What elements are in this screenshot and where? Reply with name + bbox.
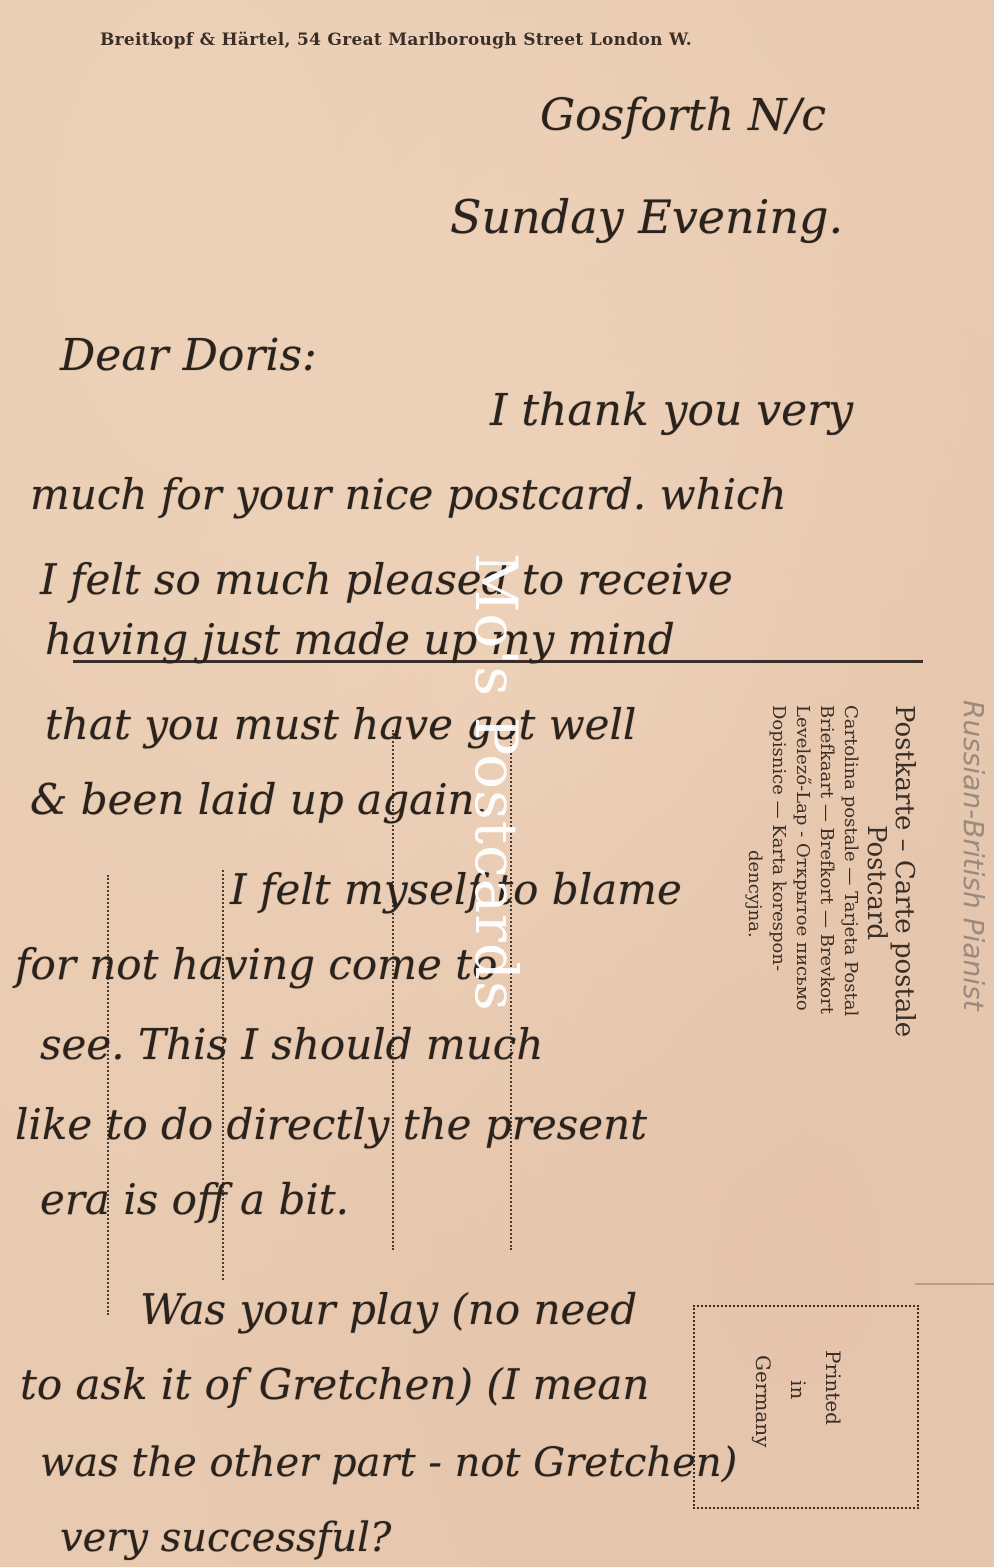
letter-line: very successful? — [60, 1515, 391, 1561]
pencil-annotation: Russian-British Pianist — [957, 700, 990, 1011]
postcard-label-language: dencyjna. — [742, 705, 766, 1037]
stamp-text-germany: Germany — [745, 1350, 780, 1447]
printed-in-germany-text: Printed in Germany — [745, 1350, 850, 1447]
letter-line: era is off a bit. — [40, 1175, 349, 1224]
watermark-text: Mo's Postcards — [462, 553, 530, 1012]
letter-line: I felt so much pleased to receive — [40, 555, 733, 604]
letter-salutation: Dear Doris: — [60, 330, 317, 381]
postcard-label-language: Cartolina postale — Tarjeta Postal — [838, 705, 862, 1037]
postcard-label-language: Dopisnice — Karta korespon- — [766, 705, 790, 1037]
printed-postcard-label: Postkarte – Carte postale Postcard Carto… — [742, 705, 918, 1037]
letter-line: that you must have got well — [45, 700, 636, 749]
letter-line: & been laid up again. — [30, 775, 488, 824]
stamp-text-in: in — [780, 1350, 815, 1447]
postcard-label-language: Levelező-Lap - Открытое письмо — [790, 705, 814, 1037]
letter-line: see. This I should much — [40, 1020, 543, 1069]
letter-line: was the other part - not Gretchen) — [40, 1440, 737, 1486]
letter-line: like to do directly the present — [15, 1100, 647, 1149]
letter-line: Was your play (no need — [140, 1285, 637, 1334]
letter-place: Gosforth N/c — [540, 90, 826, 141]
letter-line: having just made up my mind — [45, 615, 675, 664]
letter-line: I felt myself to blame — [230, 865, 682, 914]
postcard-label-language: Briefkaart — Brefkort — Brevkort — [814, 705, 838, 1037]
letter-day: Sunday Evening. — [450, 190, 843, 244]
letter-line: I thank you very — [490, 385, 853, 436]
letter-line: for not having come to — [15, 940, 497, 989]
postcard-label-subtitle: Postcard — [862, 705, 890, 1037]
letter-line: to ask it of Gretchen) (I mean — [20, 1360, 649, 1409]
postcard-label-title: Postkarte – Carte postale — [890, 705, 918, 1037]
letter-line: much for your nice postcard. which — [30, 470, 787, 519]
faint-pencil-line — [915, 1283, 994, 1285]
publisher-imprint: Breitkopf & Härtel, 54 Great Marlborough… — [100, 30, 692, 50]
stamp-text-printed: Printed — [815, 1350, 850, 1447]
